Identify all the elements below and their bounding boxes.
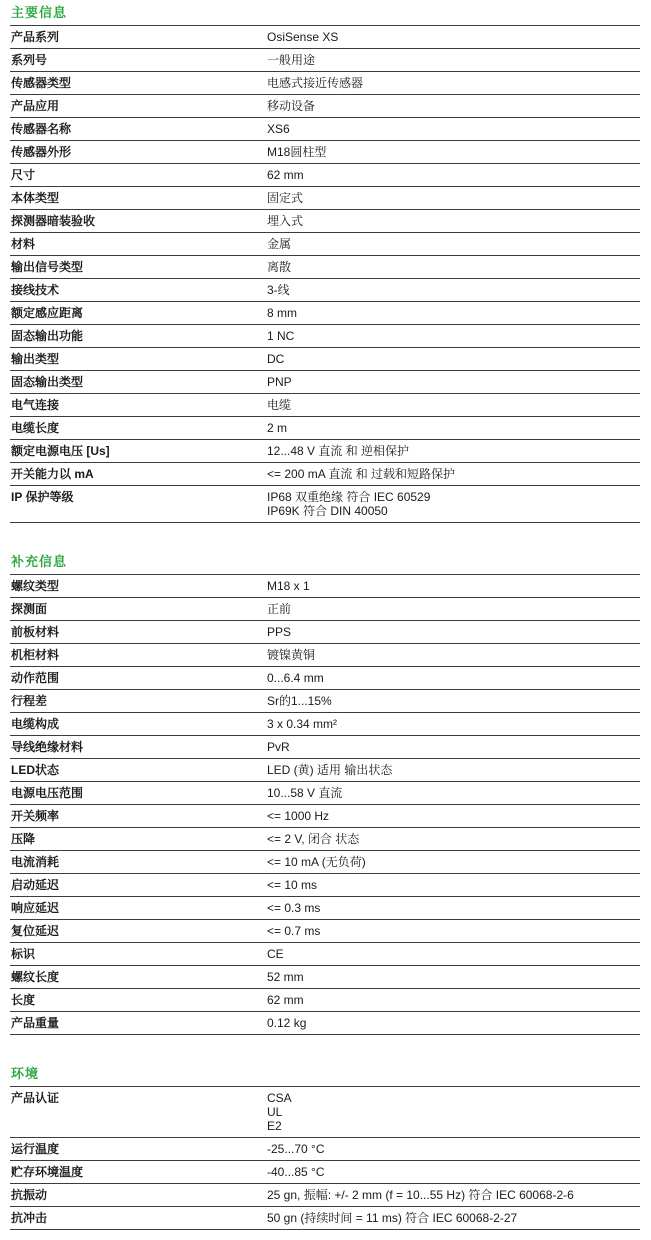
spec-value: CSAULE2	[267, 1091, 640, 1133]
spec-row: 输出信号类型 离散	[10, 256, 640, 279]
spec-value-line: <= 10 mA (无负荷)	[267, 855, 640, 869]
spec-row: 抗冲击 50 gn (持续时间 = 11 ms) 符合 IEC 60068-2-…	[10, 1207, 640, 1230]
spec-label: 产品应用	[11, 99, 267, 113]
spec-value: <= 200 mA 直流 和 过载和短路保护	[267, 467, 640, 481]
spec-value-line: 固定式	[267, 191, 640, 205]
spec-label: 行程差	[11, 694, 267, 708]
section-rows: 螺纹类型 M18 x 1 探测面 正前 前板材料 PPS 机柜材料 镀镍黄铜 动…	[10, 575, 640, 1035]
spec-row: 电缆长度 2 m	[10, 417, 640, 440]
spec-label: IP 保护等级	[11, 490, 267, 504]
spec-label: 标识	[11, 947, 267, 961]
spec-value: 电缆	[267, 398, 640, 412]
spec-row: 开关能力以 mA <= 200 mA 直流 和 过载和短路保护	[10, 463, 640, 486]
spec-value-line: OsiSense XS	[267, 30, 640, 44]
spec-row: 响应延迟 <= 0.3 ms	[10, 897, 640, 920]
spec-value: CE	[267, 947, 640, 961]
spec-label: 产品系列	[11, 30, 267, 44]
spec-value-line: <= 0.3 ms	[267, 901, 640, 915]
spec-row: 复位延迟 <= 0.7 ms	[10, 920, 640, 943]
spec-row: 贮存环境温度 -40...85 °C	[10, 1161, 640, 1184]
spec-value-line: IP68 双重绝缘 符合 IEC 60529	[267, 490, 640, 504]
spec-row: 探测面 正前	[10, 598, 640, 621]
spec-label: 前板材料	[11, 625, 267, 639]
spec-label: 复位延迟	[11, 924, 267, 938]
section-rows: 产品系列 OsiSense XS 系列号 一般用途 传感器类型 电感式接近传感器…	[10, 26, 640, 523]
spec-value: 0.12 kg	[267, 1016, 640, 1030]
spec-value: 62 mm	[267, 168, 640, 182]
spec-value-line: CE	[267, 947, 640, 961]
spec-value: 50 gn (持续时间 = 11 ms) 符合 IEC 60068-2-27	[267, 1211, 640, 1225]
spec-row: 行程差 Sr的1...15%	[10, 690, 640, 713]
spec-value: 正前	[267, 602, 640, 616]
spec-value-line: 金属	[267, 237, 640, 251]
spec-label: 螺纹类型	[11, 579, 267, 593]
spec-label: 响应延迟	[11, 901, 267, 915]
spec-label: 产品重量	[11, 1016, 267, 1030]
spec-value-line: PNP	[267, 375, 640, 389]
spec-value: 一般用途	[267, 53, 640, 67]
spec-value-line: 12...48 V 直流 和 逆相保护	[267, 444, 640, 458]
spec-row: 压降 <= 2 V, 闭合 状态	[10, 828, 640, 851]
spec-value-line: 3 x 0.34 mm²	[267, 717, 640, 731]
spec-label: 输出类型	[11, 352, 267, 366]
spec-label: 机柜材料	[11, 648, 267, 662]
spec-value-line: E2	[267, 1119, 640, 1133]
spec-label: 传感器名称	[11, 122, 267, 136]
spec-document: 主要信息 产品系列 OsiSense XS 系列号 一般用途 传感器类型 电感式…	[0, 0, 651, 1240]
spec-value-line: 50 gn (持续时间 = 11 ms) 符合 IEC 60068-2-27	[267, 1211, 640, 1225]
spec-row: 导线绝缘材料 PvR	[10, 736, 640, 759]
spec-label: 螺纹长度	[11, 970, 267, 984]
spec-value: -40...85 °C	[267, 1165, 640, 1179]
spec-row: 传感器名称 XS6	[10, 118, 640, 141]
spec-section: 补充信息 螺纹类型 M18 x 1 探测面 正前 前板材料 PPS 机柜材料 镀…	[10, 554, 640, 1035]
spec-label: 压降	[11, 832, 267, 846]
spec-value: DC	[267, 352, 640, 366]
spec-row: 机柜材料 镀镍黄铜	[10, 644, 640, 667]
spec-label: 接线技术	[11, 283, 267, 297]
spec-value: M18 x 1	[267, 579, 640, 593]
spec-row: 运行温度 -25...70 °C	[10, 1138, 640, 1161]
section-heading: 环境	[10, 1066, 640, 1087]
spec-value: -25...70 °C	[267, 1142, 640, 1156]
spec-label: 传感器类型	[11, 76, 267, 90]
spec-label: 电流消耗	[11, 855, 267, 869]
spec-value-line: 8 mm	[267, 306, 640, 320]
spec-value: PPS	[267, 625, 640, 639]
spec-label: 输出信号类型	[11, 260, 267, 274]
spec-row: 标识 CE	[10, 943, 640, 966]
spec-value: 电感式接近传感器	[267, 76, 640, 90]
spec-value: 镀镍黄铜	[267, 648, 640, 662]
spec-section: 环境 产品认证 CSAULE2 运行温度 -25...70 °C 贮存环境温度 …	[10, 1066, 640, 1230]
spec-row: 额定电源电压 [Us] 12...48 V 直流 和 逆相保护	[10, 440, 640, 463]
spec-row: 电源电压范围 10...58 V 直流	[10, 782, 640, 805]
spec-label: 开关频率	[11, 809, 267, 823]
spec-row: 固态输出类型 PNP	[10, 371, 640, 394]
spec-row: 电缆构成 3 x 0.34 mm²	[10, 713, 640, 736]
spec-row: 固态输出功能 1 NC	[10, 325, 640, 348]
spec-value-line: 1 NC	[267, 329, 640, 343]
spec-value-line: 3-线	[267, 283, 640, 297]
spec-label: 电源电压范围	[11, 786, 267, 800]
spec-value-line: <= 0.7 ms	[267, 924, 640, 938]
spec-label: 本体类型	[11, 191, 267, 205]
spec-label: 额定电源电压 [Us]	[11, 444, 267, 458]
spec-value: 金属	[267, 237, 640, 251]
spec-value-line: 镀镍黄铜	[267, 648, 640, 662]
spec-value-line: -40...85 °C	[267, 1165, 640, 1179]
spec-value: 0...6.4 mm	[267, 671, 640, 685]
spec-row: 电气连接 电缆	[10, 394, 640, 417]
spec-value-line: IP69K 符合 DIN 40050	[267, 504, 640, 518]
spec-value: 固定式	[267, 191, 640, 205]
spec-row: 产品应用 移动设备	[10, 95, 640, 118]
spec-value-line: UL	[267, 1105, 640, 1119]
spec-row: 本体类型 固定式	[10, 187, 640, 210]
spec-value-line: 一般用途	[267, 53, 640, 67]
spec-label: 抗振动	[11, 1188, 267, 1202]
spec-row: 前板材料 PPS	[10, 621, 640, 644]
spec-row: 螺纹类型 M18 x 1	[10, 575, 640, 598]
spec-row: 尺寸 62 mm	[10, 164, 640, 187]
spec-row: 电流消耗 <= 10 mA (无负荷)	[10, 851, 640, 874]
spec-value: 8 mm	[267, 306, 640, 320]
spec-value-line: 62 mm	[267, 993, 640, 1007]
spec-label: 传感器外形	[11, 145, 267, 159]
spec-label: 额定感应距离	[11, 306, 267, 320]
spec-value: <= 0.3 ms	[267, 901, 640, 915]
spec-row: 探测器暗装验收 埋入式	[10, 210, 640, 233]
spec-value: 1 NC	[267, 329, 640, 343]
spec-value: 62 mm	[267, 993, 640, 1007]
spec-value: <= 1000 Hz	[267, 809, 640, 823]
spec-value-line: 2 m	[267, 421, 640, 435]
spec-label: 系列号	[11, 53, 267, 67]
spec-value-line: 62 mm	[267, 168, 640, 182]
spec-row: 输出类型 DC	[10, 348, 640, 371]
spec-row: 产品系列 OsiSense XS	[10, 26, 640, 49]
spec-row: 动作范围 0...6.4 mm	[10, 667, 640, 690]
spec-value: <= 10 mA (无负荷)	[267, 855, 640, 869]
spec-value-line: PPS	[267, 625, 640, 639]
spec-value: OsiSense XS	[267, 30, 640, 44]
section-rows: 产品认证 CSAULE2 运行温度 -25...70 °C 贮存环境温度 -40…	[10, 1087, 640, 1230]
spec-row: 开关频率 <= 1000 Hz	[10, 805, 640, 828]
spec-value-line: <= 2 V, 闭合 状态	[267, 832, 640, 846]
spec-value: PvR	[267, 740, 640, 754]
spec-row: 螺纹长度 52 mm	[10, 966, 640, 989]
spec-label: 探测面	[11, 602, 267, 616]
spec-label: 导线绝缘材料	[11, 740, 267, 754]
spec-value-line: 离散	[267, 260, 640, 274]
section-heading: 补充信息	[10, 554, 640, 575]
spec-value-line: 10...58 V 直流	[267, 786, 640, 800]
spec-value-line: <= 200 mA 直流 和 过载和短路保护	[267, 467, 640, 481]
spec-value: PNP	[267, 375, 640, 389]
spec-label: 电气连接	[11, 398, 267, 412]
spec-label: 材料	[11, 237, 267, 251]
spec-label: 启动延迟	[11, 878, 267, 892]
spec-label: 尺寸	[11, 168, 267, 182]
spec-value-line: 正前	[267, 602, 640, 616]
spec-value-line: 25 gn, 振幅: +/- 2 mm (f = 10...55 Hz) 符合 …	[267, 1188, 640, 1202]
spec-value-line: PvR	[267, 740, 640, 754]
spec-value: <= 10 ms	[267, 878, 640, 892]
spec-row: 产品重量 0.12 kg	[10, 1012, 640, 1035]
spec-value-line: LED (黄) 适用 输出状态	[267, 763, 640, 777]
spec-value: 10...58 V 直流	[267, 786, 640, 800]
spec-value: XS6	[267, 122, 640, 136]
spec-label: 电缆长度	[11, 421, 267, 435]
spec-value-line: 0.12 kg	[267, 1016, 640, 1030]
spec-value-line: 52 mm	[267, 970, 640, 984]
spec-value: 离散	[267, 260, 640, 274]
spec-value: LED (黄) 适用 输出状态	[267, 763, 640, 777]
spec-label: 开关能力以 mA	[11, 467, 267, 481]
spec-row: IP 保护等级 IP68 双重绝缘 符合 IEC 60529IP69K 符合 D…	[10, 486, 640, 523]
spec-value: 3-线	[267, 283, 640, 297]
spec-label: 动作范围	[11, 671, 267, 685]
spec-label: 运行温度	[11, 1142, 267, 1156]
spec-value: 移动设备	[267, 99, 640, 113]
spec-label: 固态输出类型	[11, 375, 267, 389]
spec-value-line: 电感式接近传感器	[267, 76, 640, 90]
spec-label: 抗冲击	[11, 1211, 267, 1225]
spec-value: Sr的1...15%	[267, 694, 640, 708]
spec-row: 传感器外形 M18圆柱型	[10, 141, 640, 164]
spec-value-line: CSA	[267, 1091, 640, 1105]
spec-value-line: M18圆柱型	[267, 145, 640, 159]
spec-value: 52 mm	[267, 970, 640, 984]
spec-value-line: <= 10 ms	[267, 878, 640, 892]
spec-value: 25 gn, 振幅: +/- 2 mm (f = 10...55 Hz) 符合 …	[267, 1188, 640, 1202]
spec-value: 埋入式	[267, 214, 640, 228]
spec-row: 系列号 一般用途	[10, 49, 640, 72]
spec-value: <= 0.7 ms	[267, 924, 640, 938]
spec-row: 传感器类型 电感式接近传感器	[10, 72, 640, 95]
spec-row: 抗振动 25 gn, 振幅: +/- 2 mm (f = 10...55 Hz)…	[10, 1184, 640, 1207]
spec-row: 长度 62 mm	[10, 989, 640, 1012]
spec-row: 接线技术 3-线	[10, 279, 640, 302]
spec-row: LED状态 LED (黄) 适用 输出状态	[10, 759, 640, 782]
spec-row: 额定感应距离 8 mm	[10, 302, 640, 325]
spec-label: 长度	[11, 993, 267, 1007]
spec-value-line: 埋入式	[267, 214, 640, 228]
spec-label: LED状态	[11, 763, 267, 777]
spec-value-line: 0...6.4 mm	[267, 671, 640, 685]
spec-row: 启动延迟 <= 10 ms	[10, 874, 640, 897]
spec-value: <= 2 V, 闭合 状态	[267, 832, 640, 846]
spec-value: IP68 双重绝缘 符合 IEC 60529IP69K 符合 DIN 40050	[267, 490, 640, 518]
spec-value: 12...48 V 直流 和 逆相保护	[267, 444, 640, 458]
spec-label: 固态输出功能	[11, 329, 267, 343]
spec-label: 产品认证	[11, 1091, 267, 1105]
spec-value-line: 电缆	[267, 398, 640, 412]
spec-section: 主要信息 产品系列 OsiSense XS 系列号 一般用途 传感器类型 电感式…	[10, 5, 640, 523]
spec-value: 2 m	[267, 421, 640, 435]
spec-value-line: -25...70 °C	[267, 1142, 640, 1156]
spec-row: 材料 金属	[10, 233, 640, 256]
spec-value-line: DC	[267, 352, 640, 366]
section-heading: 主要信息	[10, 5, 640, 26]
spec-value: M18圆柱型	[267, 145, 640, 159]
spec-row: 产品认证 CSAULE2	[10, 1087, 640, 1138]
spec-value-line: Sr的1...15%	[267, 694, 640, 708]
spec-value-line: M18 x 1	[267, 579, 640, 593]
spec-value: 3 x 0.34 mm²	[267, 717, 640, 731]
spec-value-line: XS6	[267, 122, 640, 136]
spec-value-line: <= 1000 Hz	[267, 809, 640, 823]
spec-label: 电缆构成	[11, 717, 267, 731]
spec-value-line: 移动设备	[267, 99, 640, 113]
spec-label: 贮存环境温度	[11, 1165, 267, 1179]
spec-label: 探测器暗装验收	[11, 214, 267, 228]
